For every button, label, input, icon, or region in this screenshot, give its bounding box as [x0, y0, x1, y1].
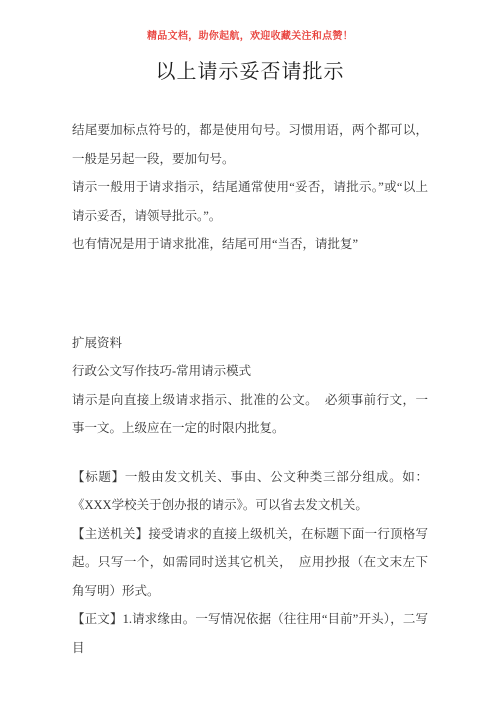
blank-space	[72, 259, 428, 329]
section-subheading-writing-tips: 行政公文写作技巧-常用请示模式	[72, 357, 428, 386]
paragraph-recipient-rule: 【主送机关】接受请求的直接上级机关，在标题下面一行顶格写起。只写一个，如需同时送…	[72, 520, 428, 606]
document-body: 结尾要加标点符号的，都是使用句号。习惯用语，两个都可以，一般是另起一段，要加句号…	[72, 116, 428, 662]
paragraph-qingshi-usage: 请示一般用于请求指示，结尾通常使用“妥否，请批示。”或“以上请示妥否，请领导批示…	[72, 173, 428, 230]
paragraph-approval-ending: 也有情况是用于请求批准，结尾可用“当否，请批复”	[72, 230, 428, 259]
paragraph-title-rule: 【标题】一般由发文机关、事由、公文种类三部分组成。如：《XXX学校关于创办报的请…	[72, 463, 428, 520]
document-page: 精品文档，助你起航，欢迎收藏关注和点赞！ 以上请示妥否请批示 结尾要加标点符号的…	[0, 0, 500, 707]
blank-space	[72, 443, 428, 463]
paragraph-qingshi-definition: 请示是向直接上级请求指示、批准的公文。 必须事前行文，一事一文。上级应在一定的时…	[72, 386, 428, 443]
paragraph-ending-punctuation: 结尾要加标点符号的，都是使用句号。习惯用语，两个都可以，一般是另起一段，要加句号…	[72, 116, 428, 173]
section-heading-extended-info: 扩展资料	[72, 329, 428, 358]
promo-banner: 精品文档，助你起航，欢迎收藏关注和点赞！	[0, 0, 500, 44]
paragraph-main-text-rule: 【正文】1.请求缘由。一写情况依据（往往用“目前”开头），二写目	[72, 605, 428, 662]
document-title: 以上请示妥否请批示	[0, 56, 500, 88]
